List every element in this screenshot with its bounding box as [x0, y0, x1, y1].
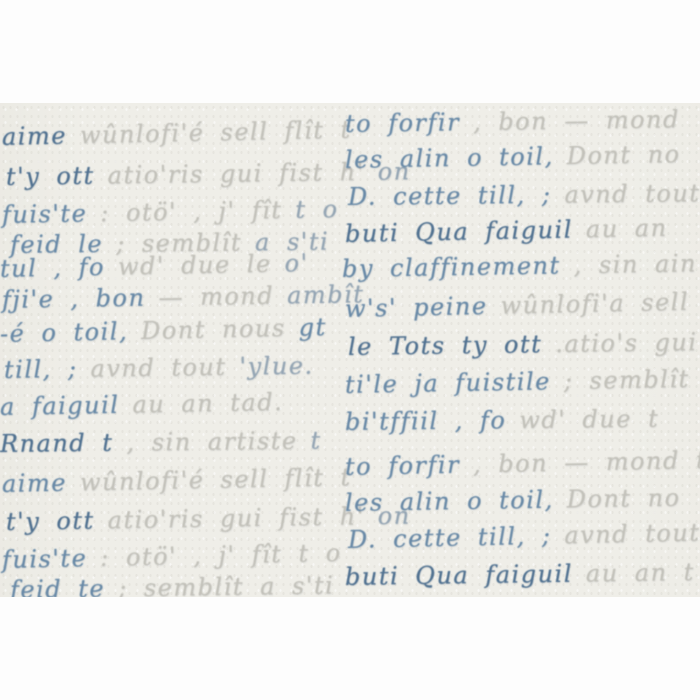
- handwriting-line: buti Qua faiguilau an: [345, 216, 668, 246]
- handwriting-line: tul , fowd' due leo': [0, 251, 309, 281]
- handwriting-line: by claffinement, sin ain: [342, 251, 697, 281]
- text-segment: aime: [2, 122, 68, 151]
- text-segment: buti Qua faiguil: [345, 216, 573, 248]
- text-segment: wd' due le: [118, 250, 272, 281]
- text-segment: Dont no: [566, 484, 680, 514]
- text-segment: ; semblît: [564, 365, 690, 395]
- handwriting-line: a faiguilau an tad.: [0, 390, 283, 419]
- text-segment: feid te: [10, 575, 105, 597]
- handwriting-line: to forfir, bon — mond t: [345, 448, 700, 479]
- text-segment: t: [310, 427, 321, 455]
- bottom-white-border: [0, 597, 700, 700]
- text-segment: tul , fo: [0, 253, 105, 283]
- text-segment: Dont nous: [141, 314, 286, 345]
- text-segment: : otö' , j' fît: [100, 196, 283, 227]
- text-segment: ti'le ja fuistile: [345, 367, 551, 399]
- text-segment: buti Qua faiguil: [345, 560, 573, 591]
- text-segment: t'y ott: [6, 162, 95, 191]
- handwriting-line: le Tots ty ott.atio's gui fi: [348, 330, 700, 359]
- handwriting-line: fuis'te: otö' , j' fîtt o: [2, 197, 339, 227]
- handwriting-line: bi'tffiil , fowd' due t: [345, 407, 659, 434]
- handwriting-wallpaper-photo: aimewûnlofi'é sell flît tt'y ottatio'ris…: [0, 0, 700, 700]
- text-segment: wd' due t: [519, 405, 659, 434]
- text-segment: , bon — mond: [473, 105, 680, 136]
- text-segment: fji'e , bon: [2, 284, 146, 314]
- text-segment: les alin o toil,: [345, 142, 554, 174]
- handwriting-line: fji'e , bon— mondambît: [2, 282, 365, 312]
- text-segment: w's' peine: [345, 292, 488, 323]
- handwriting-line: les alin o toil,Dont no: [345, 142, 681, 172]
- text-segment: gt: [298, 313, 327, 342]
- text-segment: o': [284, 249, 309, 277]
- handwriting-line: feid te; semblît a s'ti: [10, 573, 335, 597]
- handwriting-line: buti Qua faiguilau an t: [345, 560, 695, 589]
- text-segment: D. cette till, ;: [348, 522, 552, 554]
- text-segment: le Tots ty ott: [348, 330, 543, 361]
- text-segment: avnd tout t: [564, 518, 700, 549]
- text-segment: atio'ris gui fist h': [107, 158, 364, 190]
- text-segment: au an tad.: [132, 388, 283, 419]
- handwriting-line: to forfir, bon — mond: [345, 107, 680, 136]
- text-segment: t o: [295, 195, 339, 224]
- text-segment: fuis'te: [2, 544, 88, 574]
- text-segment: t'y ott: [6, 507, 95, 536]
- text-segment: , bon — mond t: [473, 446, 700, 478]
- text-segment: — mond: [158, 282, 274, 312]
- text-segment: les alin o toil,: [345, 486, 554, 517]
- text-segment: au an: [586, 214, 668, 244]
- handwriting-line: till, ;avnd tout'ylue.: [4, 354, 314, 382]
- text-segment: -é o toil,: [0, 317, 128, 348]
- handwriting-line: ti'le ja fuistile; semblît: [345, 367, 690, 397]
- text-segment: D. cette till, ;: [348, 181, 552, 211]
- text-segment: 'ylue.: [239, 352, 314, 381]
- handwriting-line: D. cette till, ;avnd tout (: [348, 181, 700, 209]
- text-segment: atio'ris gui fist h': [107, 502, 365, 534]
- text-segment: aime: [2, 469, 67, 498]
- handwritten-paper: aimewûnlofi'é sell flît tt'y ottatio'ris…: [0, 103, 700, 597]
- text-segment: bi'tffiil , fo: [345, 406, 507, 436]
- text-segment: avnd tout: [90, 353, 226, 383]
- handwriting-line: aimewûnlofi'é sell flît t: [2, 465, 352, 496]
- text-segment: Dont no: [566, 140, 680, 170]
- text-segment: to forfir: [345, 108, 460, 138]
- text-segment: wûnlofi'é sell flît t: [80, 116, 352, 150]
- text-segment: by claffinement: [342, 252, 561, 283]
- text-segment: fuis'te: [2, 200, 88, 229]
- handwriting-line: aimewûnlofi'é sell flît t: [2, 118, 352, 149]
- text-segment: to forfir: [345, 451, 461, 481]
- handwriting-line: -é o toil,Dont nousgt: [0, 315, 327, 346]
- handwriting-line: D. cette till, ;avnd tout t: [348, 520, 700, 552]
- handwriting-line: fuis'te: otö' , j' fît t o: [2, 541, 342, 572]
- handwriting-line: Rnand t, sin artistet: [0, 429, 322, 456]
- text-segment: au an t: [586, 558, 695, 588]
- text-segment: wûnlofi'a sell: [500, 288, 689, 320]
- top-white-border: [0, 0, 700, 103]
- handwriting-line: w's' peinewûnlofi'a sell: [345, 290, 690, 321]
- text-segment: wûnlofi'é sell flît t: [80, 463, 352, 496]
- text-segment: : otö' , j' fît t o: [100, 539, 342, 572]
- text-segment: avnd tout (: [564, 179, 700, 209]
- text-segment: .atio's gui fi: [555, 328, 700, 358]
- text-segment: , sin ain: [573, 249, 697, 279]
- handwriting-line: les alin o toil,Dont no: [345, 486, 681, 515]
- text-segment: Rnand t: [0, 429, 114, 458]
- text-segment: a faiguil: [0, 391, 120, 421]
- text-segment: , sin artiste: [126, 427, 297, 457]
- text-segment: ; semblît a s'ti: [118, 571, 335, 597]
- text-segment: till, ;: [4, 355, 78, 384]
